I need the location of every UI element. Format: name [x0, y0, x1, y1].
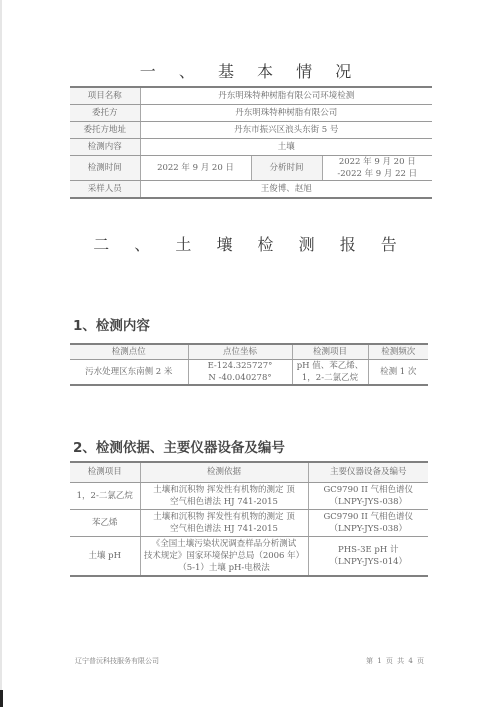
basis-line: 空气相色谱法 HJ 741-2015 [143, 523, 306, 535]
equipment-name: PHS-3E pH 计 [311, 544, 427, 556]
analysis-time-end: -2022 年 9 月 22 日 [325, 168, 431, 180]
test-basis-table: 检测项目 检测依据 主要仪器设备及编号 1，2-二氯乙烷 土壤和沉积物 挥发性有… [70, 461, 428, 577]
equipment-id: （LNPY-JYS-038） [311, 496, 427, 508]
table-row: 检测内容 土壤 [70, 138, 432, 155]
items-line-2: 1，2-二氯乙烷 [295, 372, 366, 384]
cell-items: pH 值、苯乙烯、 1，2-二氯乙烷 [292, 359, 368, 385]
basis-line: 技术规定》国家环境保护总局（2006 年） [143, 550, 306, 562]
section-title-basic-info: 一 、 基 本 情 况 [0, 59, 500, 82]
equipment-name: GC9790 II 气相色谱仪 [311, 484, 427, 496]
subsection-heading-test-basis: 2、检测依据、主要仪器设备及编号 [73, 436, 285, 456]
table-row: 委托方 丹东明珠特种树脂有限公司 [70, 104, 432, 121]
table-row: 苯乙烯 土壤和沉积物 挥发性有机物的测定 顶 空气相色谱法 HJ 741-201… [70, 509, 428, 536]
subsection-heading-test-content: 1、检测内容 [73, 314, 150, 334]
header-item: 检测项目 [70, 462, 140, 482]
basis-line: （5-1）土壤 pH-电极法 [143, 562, 306, 574]
header-equipment: 主要仪器设备及编号 [308, 462, 428, 482]
equipment-id: （LNPY-JYS-014） [311, 556, 427, 568]
analysis-time-start: 2022 年 9 月 20 日 [325, 156, 431, 168]
cell-item: 1，2-二氯乙烷 [70, 482, 140, 509]
header-point: 检测点位 [70, 344, 188, 359]
cell-basis: 土壤和沉积物 挥发性有机物的测定 顶 空气相色谱法 HJ 741-2015 [140, 509, 308, 536]
cell-equipment: GC9790 II 气相色谱仪 （LNPY-JYS-038） [308, 509, 428, 536]
cell-coord: E-124.325727° N -40.040278° [188, 359, 292, 385]
value-sampler: 王俊博、赵旭 [140, 180, 432, 198]
value-client: 丹东明珠特种树脂有限公司 [140, 104, 432, 121]
label-client-address: 委托方地址 [70, 121, 140, 138]
table-row: 污水处理区东南侧 2 米 E-124.325727° N -40.040278°… [70, 359, 428, 385]
basis-line: 空气相色谱法 HJ 741-2015 [143, 496, 306, 508]
table-header-row: 检测项目 检测依据 主要仪器设备及编号 [70, 462, 428, 482]
header-items: 检测项目 [292, 344, 368, 359]
label-test-content: 检测内容 [70, 138, 140, 155]
scan-mark [0, 690, 3, 707]
value-test-content: 土壤 [140, 138, 432, 155]
cell-basis: 土壤和沉积物 挥发性有机物的测定 顶 空气相色谱法 HJ 741-2015 [140, 482, 308, 509]
header-coord: 点位坐标 [188, 344, 292, 359]
coord-north: N -40.040278° [191, 372, 290, 384]
value-analysis-time: 2022 年 9 月 20 日 -2022 年 9 月 22 日 [322, 155, 432, 180]
label-project-name: 项目名称 [70, 87, 140, 104]
value-project-name: 丹东明珠特种树脂有限公司环境检测 [140, 87, 432, 104]
table-row: 采样人员 王俊博、赵旭 [70, 180, 432, 198]
table-row: 检测时间 2022 年 9 月 20 日 分析时间 2022 年 9 月 20 … [70, 155, 432, 180]
cell-item: 土壤 pH [70, 536, 140, 576]
footer-company: 辽宁普沅科技服务有限公司 [75, 656, 159, 666]
header-frequency: 检测频次 [368, 344, 428, 359]
basis-line: 《全国土壤污染状况调查样品分析测试 [143, 538, 306, 550]
table-row: 委托方地址 丹东市振兴区浪头东街 5 号 [70, 121, 432, 138]
equipment-name: GC9790 II 气相色谱仪 [311, 511, 427, 523]
label-test-time: 检测时间 [70, 155, 140, 180]
basis-line: 土壤和沉积物 挥发性有机物的测定 顶 [143, 511, 306, 523]
cell-item: 苯乙烯 [70, 509, 140, 536]
value-test-time: 2022 年 9 月 20 日 [140, 155, 251, 180]
footer-page-number: 第 1 页 共 4 页 [366, 656, 425, 666]
cell-equipment: PHS-3E pH 计 （LNPY-JYS-014） [308, 536, 428, 576]
cell-frequency: 检测 1 次 [368, 359, 428, 385]
table-row: 土壤 pH 《全国土壤污染状况调查样品分析测试 技术规定》国家环境保护总局（20… [70, 536, 428, 576]
label-client: 委托方 [70, 104, 140, 121]
label-analysis-time: 分析时间 [251, 155, 322, 180]
table-header-row: 检测点位 点位坐标 检测项目 检测频次 [70, 344, 428, 359]
coord-east: E-124.325727° [191, 360, 290, 372]
label-sampler: 采样人员 [70, 180, 140, 198]
cell-basis: 《全国土壤污染状况调查样品分析测试 技术规定》国家环境保护总局（2006 年） … [140, 536, 308, 576]
basic-info-table: 项目名称 丹东明珠特种树脂有限公司环境检测 委托方 丹东明珠特种树脂有限公司 委… [70, 86, 432, 199]
header-basis: 检测依据 [140, 462, 308, 482]
table-row: 项目名称 丹东明珠特种树脂有限公司环境检测 [70, 87, 432, 104]
cell-point: 污水处理区东南侧 2 米 [70, 359, 188, 385]
cell-equipment: GC9790 II 气相色谱仪 （LNPY-JYS-038） [308, 482, 428, 509]
scan-edge [0, 0, 2, 707]
items-line-1: pH 值、苯乙烯、 [295, 360, 366, 372]
basis-line: 土壤和沉积物 挥发性有机物的测定 顶 [143, 484, 306, 496]
table-row: 1，2-二氯乙烷 土壤和沉积物 挥发性有机物的测定 顶 空气相色谱法 HJ 74… [70, 482, 428, 509]
equipment-id: （LNPY-JYS-038） [311, 523, 427, 535]
section-title-soil-report: 二 、 土 壤 检 测 报 告 [0, 232, 500, 255]
test-content-table: 检测点位 点位坐标 检测项目 检测频次 污水处理区东南侧 2 米 E-124.3… [70, 343, 428, 386]
value-client-address: 丹东市振兴区浪头东街 5 号 [140, 121, 432, 138]
